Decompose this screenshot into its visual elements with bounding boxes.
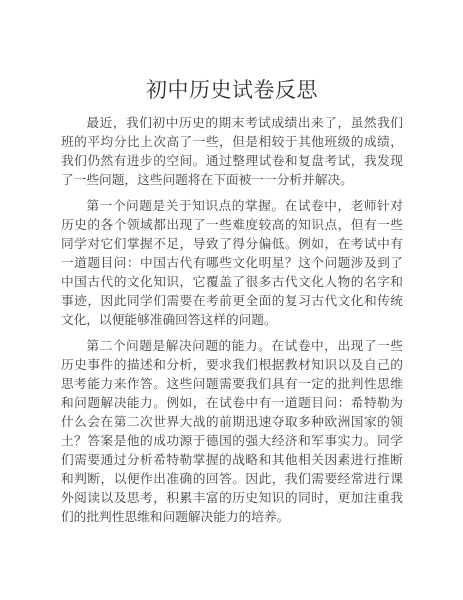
paragraph: 最近，我们初中历史的期末考试成绩出来了，虽然我们班的平均分比上次高了一些，但是相… <box>61 114 403 190</box>
document-title: 初中历史试卷反思 <box>61 76 403 105</box>
paragraph: 第二个问题是解决问题的能力。在试卷中，出现了一些历史事件的描述和分析，要求我们根… <box>61 337 403 527</box>
document-page: 初中历史试卷反思 最近，我们初中历史的期末考试成绩出来了，虽然我们班的平均分比上… <box>0 0 463 600</box>
document-body: 最近，我们初中历史的期末考试成绩出来了，虽然我们班的平均分比上次高了一些，但是相… <box>61 114 403 527</box>
paragraph: 第一个问题是关于知识点的掌握。在试卷中，老师针对历史的各个领域都出现了一些难度较… <box>61 197 403 330</box>
